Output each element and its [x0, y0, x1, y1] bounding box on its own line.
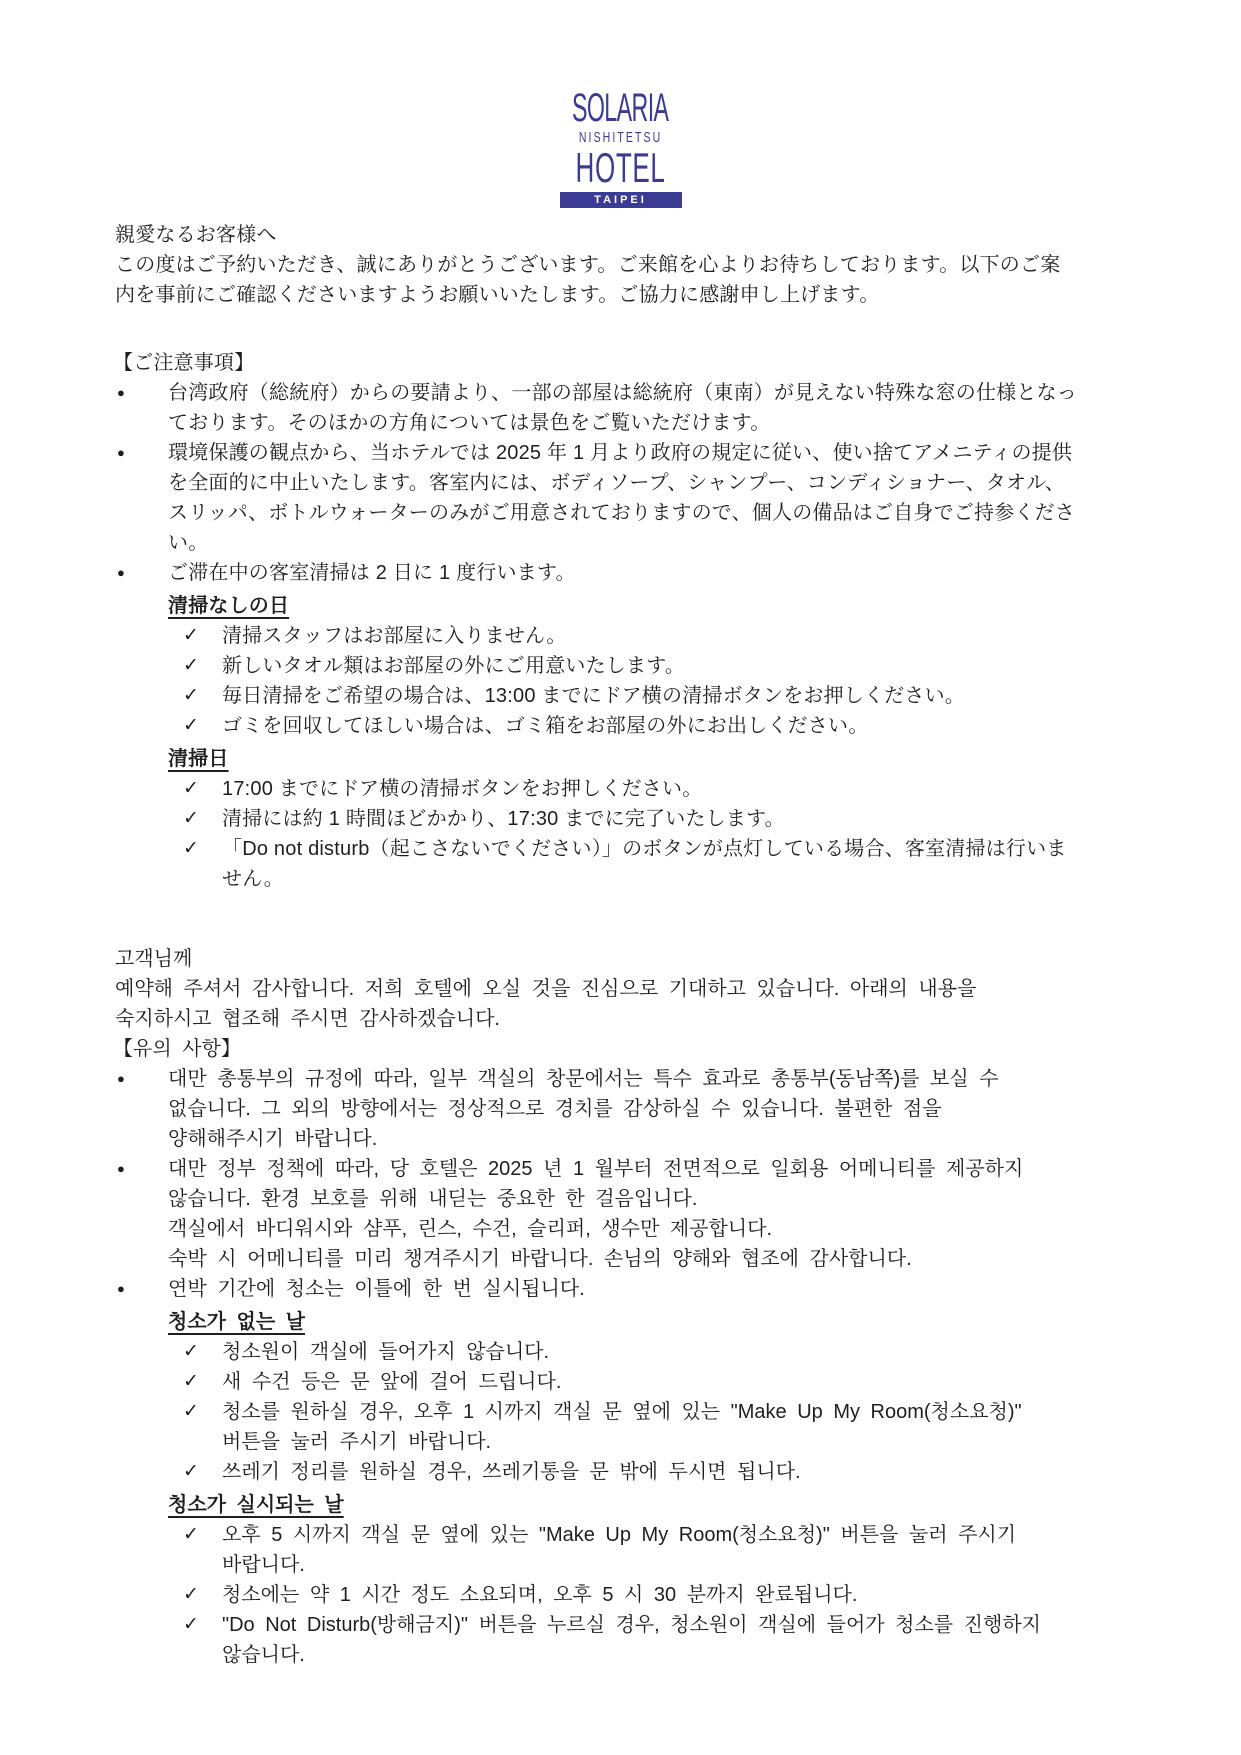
check-icon: ✓: [183, 1397, 199, 1427]
doc-line: ●대만 정부 정책에 따라, 당 호텔은 2025 년 1 월부터 전면적으로 …: [113, 1154, 1131, 1184]
doc-line: を全面的に中止いたします。客室内には、ボディソープ、シャンプー、コンディショナー…: [113, 468, 1131, 498]
doc-line: ●ご滞在中の客室清掃は 2 日に 1 度行います。: [113, 558, 1131, 588]
check-icon: ✓: [183, 1580, 199, 1610]
doc-line: 객실에서 바디워시와 샴푸, 린스, 수건, 슬리퍼, 생수만 제공합니다.: [113, 1214, 1131, 1244]
doc-line: ✓毎日清掃をご希望の場合は、13:00 までにドア横の清掃ボタンをお押しください…: [113, 681, 1131, 711]
spacer: [113, 310, 1131, 348]
line-text: 台湾政府（総統府）からの要請より、一部の部屋は総統府（東南）が見えない特殊な窓の…: [168, 382, 1077, 404]
check-icon: ✓: [183, 681, 199, 711]
line-text: 清掃なしの日: [168, 595, 289, 617]
logo-subbrand-text: NISHITETSU: [579, 131, 662, 144]
doc-line: ✓ゴミを回収してほしい場合は、ゴミ箱をお部屋の外にお出しください。: [113, 711, 1131, 741]
check-icon: ✓: [183, 651, 199, 681]
line-text: 대만 총통부의 규정에 따라, 일부 객실의 창문에서는 특수 효과로 총통부(…: [168, 1068, 999, 1090]
check-icon: ✓: [183, 774, 199, 804]
line-text: 청소가 없는 날: [168, 1311, 305, 1333]
line-text: 바랍니다.: [222, 1554, 305, 1576]
sub-heading: 청소가 없는 날: [113, 1307, 1131, 1337]
doc-line: 内を事前にご確認くださいますようお願いいたします。ご協力に感謝申し上げます。: [113, 280, 1131, 310]
doc-line: い。: [113, 528, 1131, 558]
line-text: 버튼을 눌러 주시기 바랍니다.: [222, 1431, 491, 1453]
line-text: 않습니다.: [222, 1644, 305, 1666]
line-text: 清掃日: [168, 748, 229, 770]
line-text: 清掃には約 1 時間ほどかかり、17:30 までに完了いたします。: [222, 808, 785, 830]
line-text: 清掃スタッフはお部屋に入りません。: [222, 625, 567, 647]
doc-line: 버튼을 눌러 주시기 바랍니다.: [113, 1427, 1131, 1457]
line-text: 예약해 주셔서 감사합니다. 저희 호텔에 오실 것을 진심으로 기대하고 있습…: [115, 978, 976, 1000]
logo-brand-text: SOLARIA: [572, 93, 669, 123]
sub-heading: 清掃日: [113, 744, 1131, 774]
doc-line: スリッパ、ボトルウォーターのみがご用意されておりますので、個人の備品はご自身でご…: [113, 498, 1131, 528]
doc-line: ております。そのほかの方角については景色をご覧いただけます。: [113, 408, 1131, 438]
line-text: い。: [168, 532, 208, 554]
sub-heading: 清掃なしの日: [113, 591, 1131, 621]
sub-heading: 청소가 실시되는 날: [113, 1490, 1131, 1520]
check-icon: ✓: [183, 1520, 199, 1550]
doc-line: 숙지하시고 협조해 주시면 감사하겠습니다.: [113, 1004, 1131, 1034]
doc-line: ✓17:00 までにドア横の清掃ボタンをお押しください。: [113, 774, 1131, 804]
logo-location-badge: TAIPEI: [560, 192, 682, 208]
doc-line: 親愛なるお客様へ: [113, 220, 1131, 250]
line-text: 객실에서 바디워시와 샴푸, 린스, 수건, 슬리퍼, 생수만 제공합니다.: [168, 1218, 772, 1240]
logo-hotel-text: HOTEL: [576, 153, 666, 183]
check-icon: ✓: [183, 804, 199, 834]
line-text: 【유의 사항】: [113, 1038, 241, 1060]
check-icon: ✓: [183, 1610, 199, 1640]
line-text: 毎日清掃をご希望の場合は、13:00 までにドア横の清掃ボタンをお押しください。: [222, 685, 965, 707]
bullet-icon: ●: [117, 438, 125, 468]
line-text: 17:00 までにドア横の清掃ボタンをお押しください。: [222, 778, 702, 800]
line-text: "Do Not Disturb(방해금지)" 버튼을 누르실 경우, 청소원이 …: [222, 1614, 1041, 1636]
doc-line: 않습니다.: [113, 1640, 1131, 1670]
doc-line: 바랍니다.: [113, 1550, 1131, 1580]
doc-line: ✓清掃には約 1 時間ほどかかり、17:30 までに完了いたします。: [113, 804, 1131, 834]
doc-line: 양해해주시기 바랍니다.: [113, 1124, 1131, 1154]
doc-line: この度はご予約いただき、誠にありがとうございます。ご来館を心よりお待ちしておりま…: [113, 250, 1131, 280]
line-text: 숙박 시 어메니티를 미리 챙겨주시기 바랍니다. 손님의 양해와 협조에 감사…: [168, 1248, 912, 1270]
doc-line: ✓청소에는 약 1 시간 정도 소요되며, 오후 5 시 30 분까지 완료됩니…: [113, 1580, 1131, 1610]
line-text: 親愛なるお客様へ: [115, 224, 277, 246]
check-icon: ✓: [183, 1337, 199, 1367]
check-icon: ✓: [183, 834, 199, 864]
line-text: せん。: [222, 868, 284, 890]
check-icon: ✓: [183, 711, 199, 741]
check-icon: ✓: [183, 1457, 199, 1487]
section-heading: 【ご注意事項】: [113, 348, 1131, 378]
line-text: 않습니다. 환경 보호를 위해 내딛는 중요한 한 걸음입니다.: [168, 1188, 697, 1210]
line-text: 新しいタオル類はお部屋の外にご用意いたします。: [222, 655, 685, 677]
hotel-logo: SOLARIA NISHITETSU HOTEL TAIPEI: [491, 93, 751, 208]
line-text: 연박 기간에 청소는 이틀에 한 번 실시됩니다.: [168, 1278, 585, 1300]
line-text: 청소가 실시되는 날: [168, 1494, 344, 1516]
doc-line: ✓쓰레기 정리를 원하실 경우, 쓰레기통을 문 밖에 두시면 됩니다.: [113, 1457, 1131, 1487]
bullet-icon: ●: [117, 558, 125, 588]
doc-line: ✓「Do not disturb（起こさないでください）」のボタンが点灯している…: [113, 834, 1131, 864]
line-text: 청소에는 약 1 시간 정도 소요되며, 오후 5 시 30 분까지 완료됩니다…: [222, 1584, 857, 1606]
doc-line: 숙박 시 어메니티를 미리 챙겨주시기 바랍니다. 손님의 양해와 협조에 감사…: [113, 1244, 1131, 1274]
bullet-icon: ●: [117, 1064, 125, 1094]
line-text: 고객님께: [115, 948, 192, 970]
doc-line: ✓新しいタオル類はお部屋の外にご用意いたします。: [113, 651, 1131, 681]
line-text: この度はご予約いただき、誠にありがとうございます。ご来館を心よりお待ちしておりま…: [115, 254, 1060, 276]
doc-line: せん。: [113, 864, 1131, 894]
document-body: 親愛なるお客様へこの度はご予約いただき、誠にありがとうございます。ご来館を心より…: [0, 220, 1241, 1670]
document-page: SOLARIA NISHITETSU HOTEL TAIPEI 親愛なるお客様へ…: [0, 0, 1241, 1755]
bullet-icon: ●: [117, 1154, 125, 1184]
doc-line: ●대만 총통부의 규정에 따라, 일부 객실의 창문에서는 특수 효과로 총통부…: [113, 1064, 1131, 1094]
line-text: ております。そのほかの方角については景色をご覧いただけます。: [168, 412, 770, 434]
check-icon: ✓: [183, 621, 199, 651]
line-text: 쓰레기 정리를 원하실 경우, 쓰레기통을 문 밖에 두시면 됩니다.: [222, 1461, 801, 1483]
line-text: 숙지하시고 협조해 주시면 감사하겠습니다.: [115, 1008, 500, 1030]
doc-line: 고객님께: [113, 944, 1131, 974]
doc-line: ✓청소원이 객실에 들어가지 않습니다.: [113, 1337, 1131, 1367]
line-text: を全面的に中止いたします。客室内には、ボディソープ、シャンプー、コンディショナー…: [168, 472, 1065, 494]
doc-line: ●環境保護の観点から、当ホテルでは 2025 年 1 月より政府の規定に従い、使…: [113, 438, 1131, 468]
line-text: ゴミを回収してほしい場合は、ゴミ箱をお部屋の外にお出しください。: [222, 715, 868, 737]
bullet-icon: ●: [117, 378, 125, 408]
line-text: 새 수건 등은 문 앞에 걸어 드립니다.: [222, 1371, 561, 1393]
line-text: スリッパ、ボトルウォーターのみがご用意されておりますので、個人の備品はご自身でご…: [168, 502, 1075, 524]
doc-line: ✓청소를 원하실 경우, 오후 1 시까지 객실 문 옆에 있는 "Make U…: [113, 1397, 1131, 1427]
line-text: 内を事前にご確認くださいますようお願いいたします。ご協力に感謝申し上げます。: [115, 284, 879, 306]
doc-line: 예약해 주셔서 감사합니다. 저희 호텔에 오실 것을 진심으로 기대하고 있습…: [113, 974, 1131, 1004]
doc-line: ✓清掃スタッフはお部屋に入りません。: [113, 621, 1131, 651]
doc-line: ●台湾政府（総統府）からの要請より、一部の部屋は総統府（東南）が見えない特殊な窓…: [113, 378, 1131, 408]
line-text: ご滞在中の客室清掃は 2 日に 1 度行います。: [168, 562, 576, 584]
line-text: 없습니다. 그 외의 방향에서는 정상적으로 경치를 감상하실 수 있습니다. …: [168, 1098, 942, 1120]
doc-line: ✓오후 5 시까지 객실 문 옆에 있는 "Make Up My Room(청소…: [113, 1520, 1131, 1550]
check-icon: ✓: [183, 1367, 199, 1397]
doc-line: ✓새 수건 등은 문 앞에 걸어 드립니다.: [113, 1367, 1131, 1397]
spacer: [113, 894, 1131, 944]
line-text: 청소원이 객실에 들어가지 않습니다.: [222, 1341, 549, 1363]
line-text: 環境保護の観点から、当ホテルでは 2025 年 1 月より政府の規定に従い、使い…: [168, 442, 1072, 464]
doc-line: 않습니다. 환경 보호를 위해 내딛는 중요한 한 걸음입니다.: [113, 1184, 1131, 1214]
line-text: 「Do not disturb（起こさないでください）」のボタンが点灯している場…: [222, 838, 1067, 860]
line-text: 【ご注意事項】: [113, 352, 254, 374]
doc-line: ●연박 기간에 청소는 이틀에 한 번 실시됩니다.: [113, 1274, 1131, 1304]
doc-line: ✓"Do Not Disturb(방해금지)" 버튼을 누르실 경우, 청소원이…: [113, 1610, 1131, 1640]
line-text: 양해해주시기 바랍니다.: [168, 1128, 377, 1150]
line-text: 대만 정부 정책에 따라, 당 호텔은 2025 년 1 월부터 전면적으로 일…: [168, 1158, 1023, 1180]
doc-line: 없습니다. 그 외의 방향에서는 정상적으로 경치를 감상하실 수 있습니다. …: [113, 1094, 1131, 1124]
bullet-icon: ●: [117, 1274, 125, 1304]
section-heading: 【유의 사항】: [113, 1034, 1131, 1064]
line-text: 청소를 원하실 경우, 오후 1 시까지 객실 문 옆에 있는 "Make Up…: [222, 1401, 1022, 1423]
line-text: 오후 5 시까지 객실 문 옆에 있는 "Make Up My Room(청소요…: [222, 1524, 1016, 1546]
